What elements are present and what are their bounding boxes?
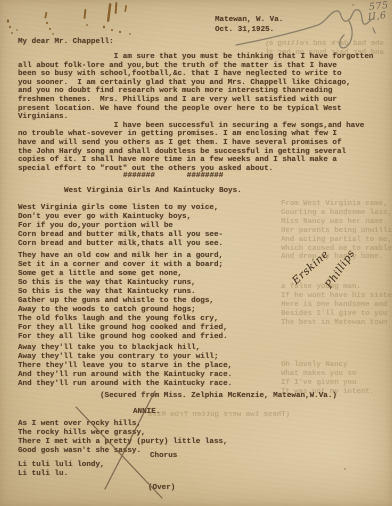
cancel-x-marks [76,391,162,498]
ink-splatter-marks [7,2,346,470]
scanned-letter-page: she had dark and rolling eyesand her hai… [0,0,392,506]
hand-marks-overlay [0,0,392,506]
pencil-scribble [236,4,375,48]
